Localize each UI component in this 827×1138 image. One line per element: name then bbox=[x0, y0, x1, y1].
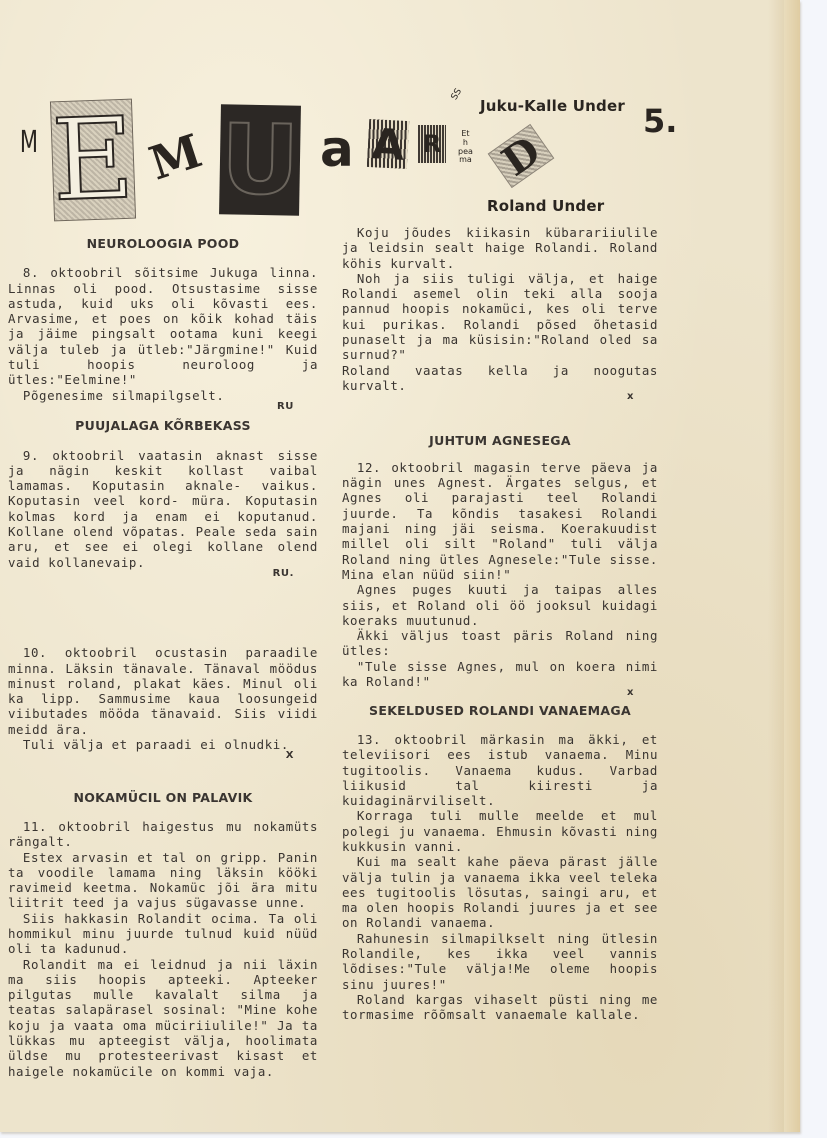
right-column: Koju jõudes kiikasin kübarariiulile ja l… bbox=[342, 225, 658, 1023]
byline-author-1: Juku-Kalle Under bbox=[480, 97, 625, 115]
title-letter-a2: A bbox=[367, 119, 409, 169]
title-tiny-cutout: SS bbox=[451, 88, 465, 103]
article-headline: SEKELDUSED ROLANDI VANAEMAGA bbox=[342, 703, 658, 718]
article: JUHTUM AGNESEGA 12. oktoobril magasin te… bbox=[342, 433, 658, 701]
article: NEUROLOOGIA POOD 8. oktoobril sõitsime J… bbox=[8, 236, 318, 414]
article: NOKAMÜCIL ON PALAVIK 11. oktoobril haige… bbox=[8, 790, 318, 1079]
article: PUUJALAGA KÕRBEKASS 9. oktoobril vaatasi… bbox=[8, 418, 318, 581]
article-headline: PUUJALAGA KÕRBEKASS bbox=[8, 418, 318, 433]
article: SEKELDUSED ROLANDI VANAEMAGA 13. oktoobr… bbox=[342, 703, 658, 1023]
article-paragraph: Roland kargas vihaselt püsti ning me tor… bbox=[342, 992, 658, 1023]
article-headline: NEUROLOOGIA POOD bbox=[8, 236, 318, 251]
article-paragraph: Rolandit ma ei leidnud ja nii läxin ma s… bbox=[8, 957, 318, 1079]
title-letter-a: a bbox=[320, 120, 354, 178]
article-paragraph: Korraga tuli mulle meelde et mul polegi … bbox=[342, 808, 658, 854]
article: Koju jõudes kiikasin kübarariiulile ja l… bbox=[342, 225, 658, 405]
title-letter-e: E bbox=[50, 99, 136, 222]
article-paragraph: 11. oktoobril haigestus mu nokamüts räng… bbox=[8, 819, 318, 850]
masthead: M E M U a A R SS Et h pea ma D Juku-Kall… bbox=[0, 80, 800, 230]
issue-number: 5. bbox=[643, 102, 677, 140]
title-letter-m2: M bbox=[143, 123, 208, 190]
title-letter-u: U bbox=[219, 104, 301, 215]
article-paragraph: 13. oktoobril märkasin ma äkki, et telev… bbox=[342, 732, 658, 808]
tiny-cutout-4: ma bbox=[459, 156, 472, 165]
article-paragraph: Tuli välja et paraadi ei olnudki. bbox=[8, 737, 318, 752]
article-paragraph: Agnes puges kuuti ja taipas alles siis, … bbox=[342, 582, 658, 628]
article-paragraph: 12. oktoobril magasin terve päeva ja näg… bbox=[342, 460, 658, 582]
title-letter-d: D bbox=[488, 124, 555, 188]
article-headline: NOKAMÜCIL ON PALAVIK bbox=[8, 790, 318, 805]
article-paragraph: Kui ma sealt kahe päeva pärast jälle väl… bbox=[342, 854, 658, 930]
article-paragraph: Rahunesin silmapilkselt ning ütlesin Rol… bbox=[342, 931, 658, 992]
article-paragraph: 10. oktoobril ocustasin paraadile minna.… bbox=[8, 645, 318, 737]
newsletter-page: M E M U a A R SS Et h pea ma D Juku-Kall… bbox=[0, 0, 800, 1132]
left-column: NEUROLOOGIA POOD 8. oktoobril sõitsime J… bbox=[8, 236, 318, 1079]
article-paragraph: Noh ja siis tuligi välja, et haige Rolan… bbox=[342, 271, 658, 363]
article-paragraph: Estex arvasin et tal on gripp. Panin ta … bbox=[8, 850, 318, 911]
article-paragraph: Siis hakkasin Rolandit ocima. Ta oli hom… bbox=[8, 911, 318, 957]
article-paragraph: 9. oktoobril vaatasin aknast sisse ja nä… bbox=[8, 448, 318, 570]
title-letter-u-glyph: U bbox=[220, 103, 300, 216]
byline-author-2: Roland Under bbox=[487, 197, 604, 215]
article-paragraph: Äkki väljus toast päris Roland ning ütle… bbox=[342, 628, 658, 659]
title-letter-r: R bbox=[418, 125, 446, 163]
title-tiny-cutout-stack: Et h pea ma bbox=[458, 130, 473, 165]
title-letter-m: M bbox=[20, 125, 38, 160]
article-paragraph: 8. oktoobril sõitsime Jukuga linna. Linn… bbox=[8, 265, 318, 387]
article-paragraph: Koju jõudes kiikasin kübarariiulile ja l… bbox=[342, 225, 658, 271]
article-headline: JUHTUM AGNESEGA bbox=[342, 433, 658, 448]
article: 10. oktoobril ocustasin paraadile minna.… bbox=[8, 645, 318, 763]
